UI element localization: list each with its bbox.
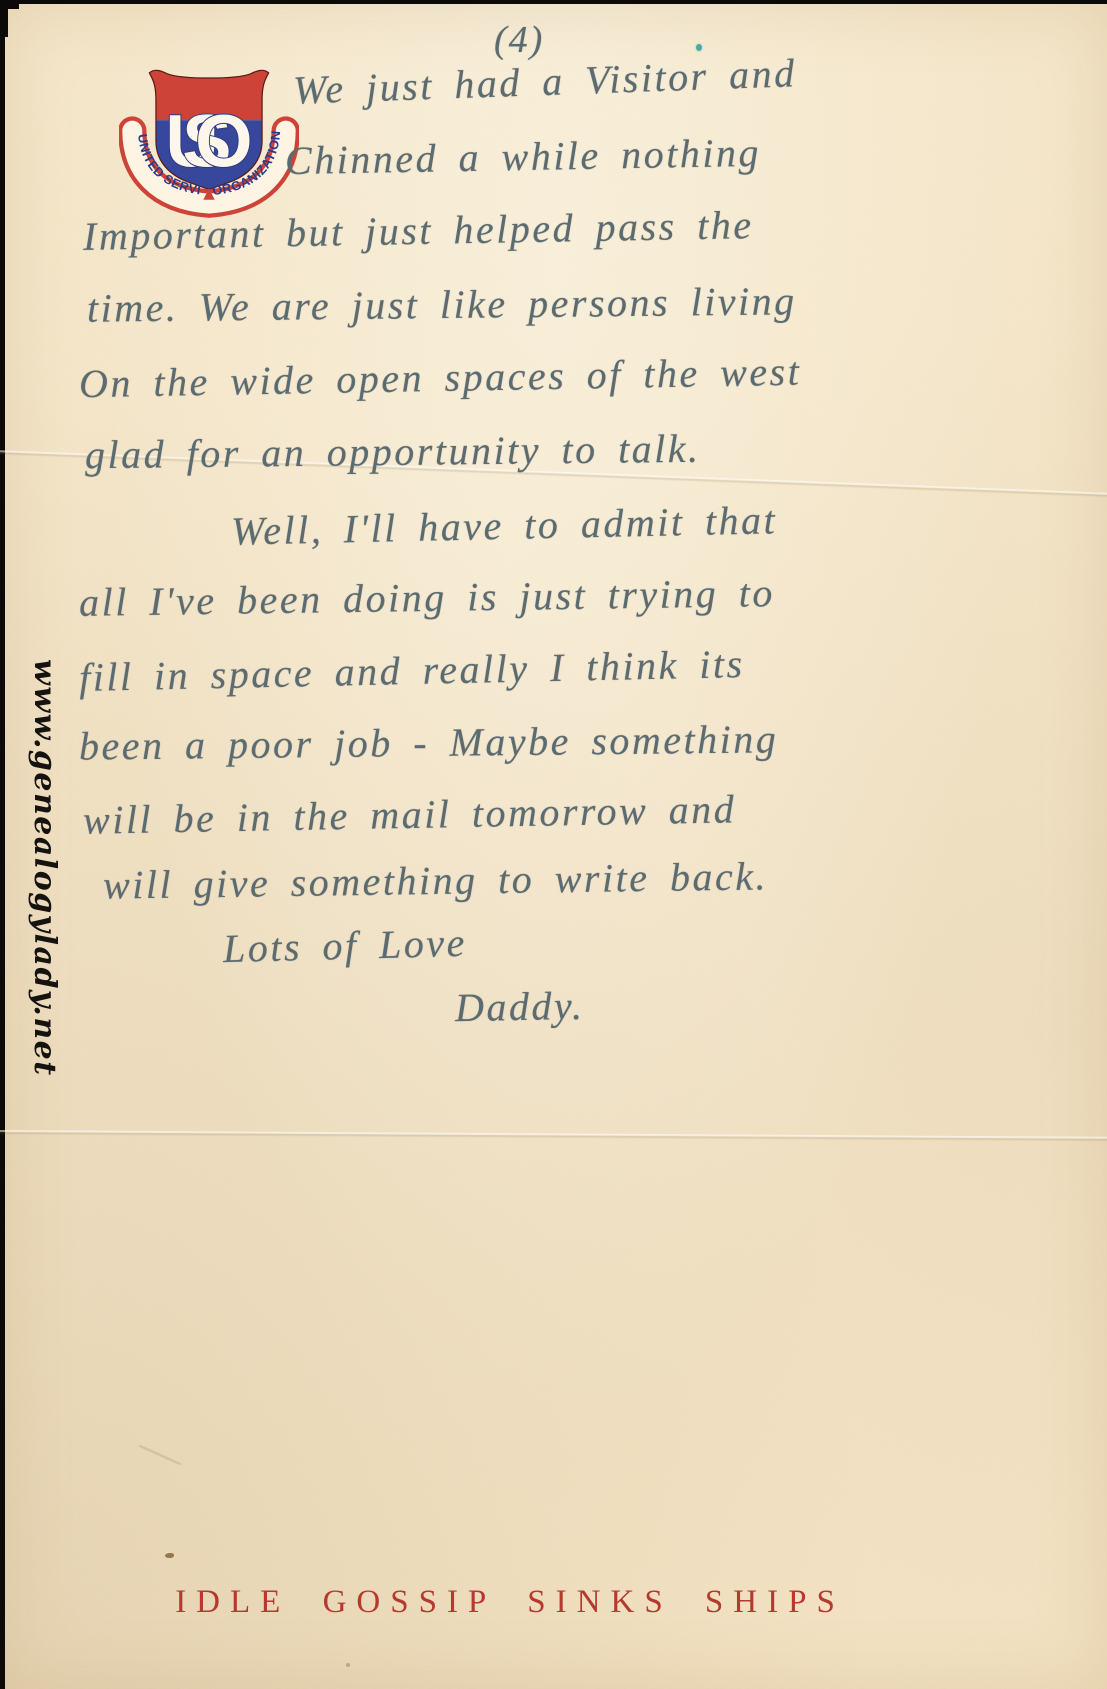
uso-acronym-text: USO — [165, 100, 252, 183]
letter-line: will be in the mail tomorrow and — [83, 787, 737, 842]
scan-edge-notch — [0, 0, 8, 37]
letter-line: been a poor job - Maybe something — [79, 717, 779, 768]
letter-line: Important but just helped pass the — [83, 203, 754, 259]
small-crease-mark — [139, 1445, 182, 1466]
blue-ink-speck — [696, 44, 702, 51]
watermark-text: www.genealogylady.net — [27, 659, 62, 1077]
letter-line: Well, I'll have to admit that — [231, 498, 778, 553]
letter-line: all I've been doing is just trying to — [79, 571, 775, 625]
letter-line: We just had a Visitor and — [292, 51, 797, 113]
page-number: (4) — [494, 18, 544, 62]
letter-line: On the wide open spaces of the west — [79, 350, 802, 407]
letter-line: will give something to write back. — [103, 854, 768, 907]
letter-line: fill in space and really I think its — [79, 642, 745, 700]
letter-line: Chinned a while nothing — [285, 131, 762, 183]
letter-paper: USO UNITED SERVICE ORGANIZATIONS (4) We … — [5, 4, 1107, 1689]
paper-speck — [346, 1663, 350, 1667]
scanned-letter-page: { "page": { "number_label": "(4)" }, "lo… — [0, 0, 1107, 1689]
letter-line: time. We are just like persons living — [87, 279, 797, 330]
uso-logo: USO UNITED SERVICE ORGANIZATIONS — [119, 60, 299, 224]
closing-line: Lots of Love — [222, 921, 467, 971]
footer-slogan: IDLE GOSSIP SINKS SHIPS — [5, 1584, 1015, 1621]
fold-crease-lower — [0, 1130, 1107, 1141]
paper-speck — [165, 1553, 174, 1558]
signature-line: Daddy. — [455, 984, 585, 1030]
letter-line: glad for an opportunity to talk. — [85, 427, 701, 477]
